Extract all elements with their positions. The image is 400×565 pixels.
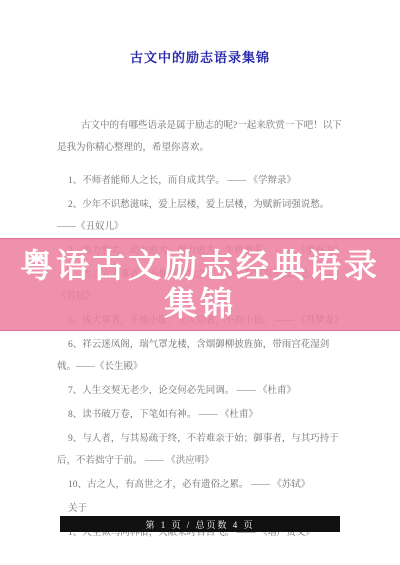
- quote-item-1: 1、不师者能师人之长，而自成其学。 —— 《学辩录》: [57, 170, 346, 192]
- watermark-title-line1: 粤语古文励志经典语录: [20, 247, 380, 285]
- page-title: 古文中的励志语录集锦: [0, 47, 400, 66]
- watermark-overlay: 粤语古文励志经典语录 集锦: [0, 238, 400, 331]
- quote-item-6: 6、祥云迷凤阁，瑞气罩龙楼，含烟御柳披旌旆，带雨宫花湿剑戟。——《长生殿》: [57, 334, 346, 378]
- quote-item-7: 7、人生交契无老少，论交何必先同调。 —— 《杜甫》: [57, 380, 346, 402]
- document-page: 古文中的励志语录集锦 古文中的有哪些语录是属于励志的呢?一起来欣赏一下吧！以下是…: [0, 0, 400, 565]
- quote-item-8: 8、读书破万卷，下笔如有神。 —— 《杜甫》: [57, 404, 346, 426]
- page-number-text: 第 1 页 / 总页数 4 页: [145, 518, 254, 531]
- quote-item-9: 9、与人者，与其易疏于终，不若难亲于始；御事者，与其巧持于后，不若拙守于前。 —…: [57, 428, 346, 472]
- watermark-title-line2: 集锦: [164, 285, 236, 323]
- intro-paragraph: 古文中的有哪些语录是属于励志的呢?一起来欣赏一下吧！以下是我为你精心整理的，希望…: [57, 115, 346, 159]
- intro-section: 古文中的有哪些语录是属于励志的呢?一起来欣赏一下吧！以下是我为你精心整理的，希望…: [57, 115, 346, 159]
- quote-item-2: 2、少年不识愁滋味，爱上层楼，爱上层楼，为赋新词强说愁。——《丑奴儿》: [57, 194, 346, 238]
- page-footer: 第 1 页 / 总页数 4 页: [60, 516, 340, 532]
- quote-item-10: 10、古之人，有高世之才，必有遗俗之累。 —— 《苏轼》: [57, 474, 346, 496]
- quote-list: 1、不师者能师人之长，而自成其学。 —— 《学辩录》 2、少年不识愁滋味，爱上层…: [57, 170, 346, 546]
